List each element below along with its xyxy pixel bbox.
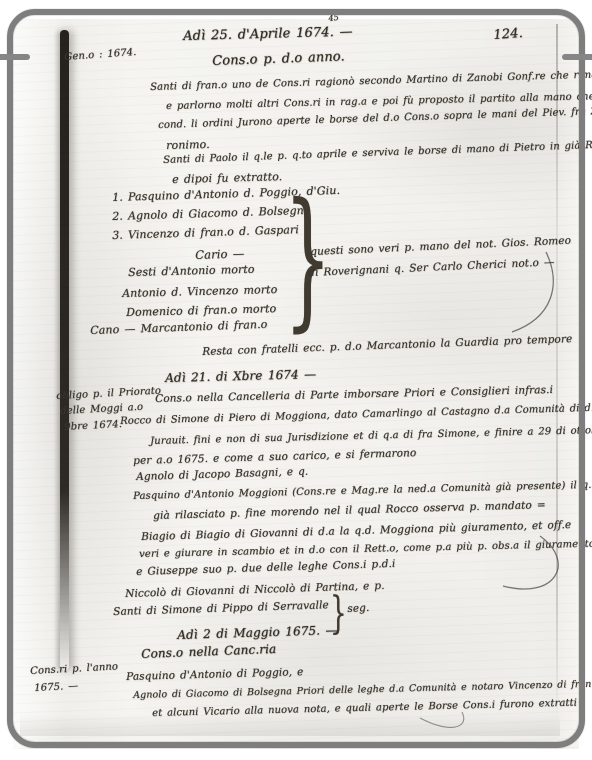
- entry-date-heading: Adì 21. di Xbre 1674 —: [165, 367, 316, 385]
- manuscript-line: veri e giurare in scambio et in d.o con …: [139, 538, 592, 560]
- deceased-line: Sesti d'Antonio morto: [128, 263, 255, 279]
- brace-label: seg.: [347, 602, 370, 615]
- label-cario: Cario —: [195, 246, 245, 262]
- manuscript-line: e dipoi fu extratto.: [172, 170, 282, 186]
- handwriting-layer: 45 Adì 25. d'Aprile 1674. — 124. Gen.o :…: [0, 0, 592, 760]
- nota-line: Resta con fratelli ecc. p. d.o Marcanton…: [202, 333, 572, 358]
- entry-heading: Cons.o p. d.o anno.: [212, 49, 345, 69]
- top-ink-mark: 45: [328, 13, 339, 23]
- manuscript-line: per a.o 1675. e come a suo carico, e si …: [133, 447, 417, 467]
- manuscript-line: Rocco di Simone di Piero di Moggiona, da…: [120, 401, 592, 427]
- margin-note: 1675. —: [34, 681, 79, 694]
- list-item: 2. Agnolo di Giacomo d. Bolsegna: [112, 204, 311, 223]
- margin-note: Cons.ri p. l'anno: [30, 661, 118, 677]
- brace-annotation: questi sono veri p. mano del not. Gios. …: [310, 235, 571, 258]
- list-item: 3. Vincenzo di fran.o d. Gaspari: [112, 223, 299, 242]
- margin-note: obligo p. il Priorato: [56, 386, 161, 402]
- manuscript-line: et alcuni Vicario alla nuova nota, e qua…: [152, 698, 577, 719]
- manuscript-line: Jurauit. fini e non di sua Jurisdizione …: [150, 425, 592, 447]
- folio-number: 124.: [493, 26, 523, 43]
- entry-heading: Cons.o nella Cancelleria di Parte imbors…: [155, 384, 553, 405]
- entry-date-heading: Adì 2 di Maggio 1675. —: [177, 623, 338, 642]
- deceased-line: Domenico di fran.o morto: [126, 302, 276, 319]
- curly-brace-glyph: }: [284, 184, 332, 334]
- manuscript-line: Pasquino d'Antonio Moggioni (Cons.re e M…: [133, 478, 592, 502]
- manuscript-line: Pasquino d'Antonio di Poggio, e: [126, 666, 304, 683]
- scanned-manuscript-page: 45 Adì 25. d'Aprile 1674. — 124. Gen.o :…: [0, 0, 592, 760]
- margin-note: Gen.o : 1674.: [64, 47, 137, 63]
- manuscript-line: Santi di Simone di Pippo di Serravalle: [113, 599, 329, 618]
- label-cano: Cano — Marcantonio di fran.o: [90, 318, 268, 337]
- manuscript-line: e Giuseppe suo p. due delle leghe Cons.i…: [136, 558, 396, 578]
- margin-note: 9bre 1674.: [64, 419, 122, 433]
- manuscript-line: ronimo.: [166, 138, 210, 152]
- entry-heading: Cons.o nella Canc.ria: [141, 642, 277, 661]
- brace-annotation: di Roverignani q. Ser Carlo Cherici not.…: [308, 256, 555, 279]
- manuscript-line: Agnolo di Jacopo Basagni, e q.: [136, 466, 308, 483]
- frame-right-notch: [562, 54, 592, 60]
- manuscript-line: Santi di Paolo il q.le p. q.to aprile e …: [163, 138, 592, 166]
- frame-left-notch: [0, 54, 30, 60]
- manuscript-line: Santi di fran.o uno de Cons.ri ragionò s…: [150, 69, 592, 93]
- deceased-line: Antonio d. Vincenzo morto: [122, 283, 278, 300]
- manuscript-line: Biagio di Biagio di Giovanni di d.a la q…: [141, 519, 571, 543]
- entry-date-heading: Adì 25. d'Aprile 1674. —: [183, 25, 353, 44]
- manuscript-line: già rilasciato p. fine morendo nel il qu…: [153, 499, 546, 522]
